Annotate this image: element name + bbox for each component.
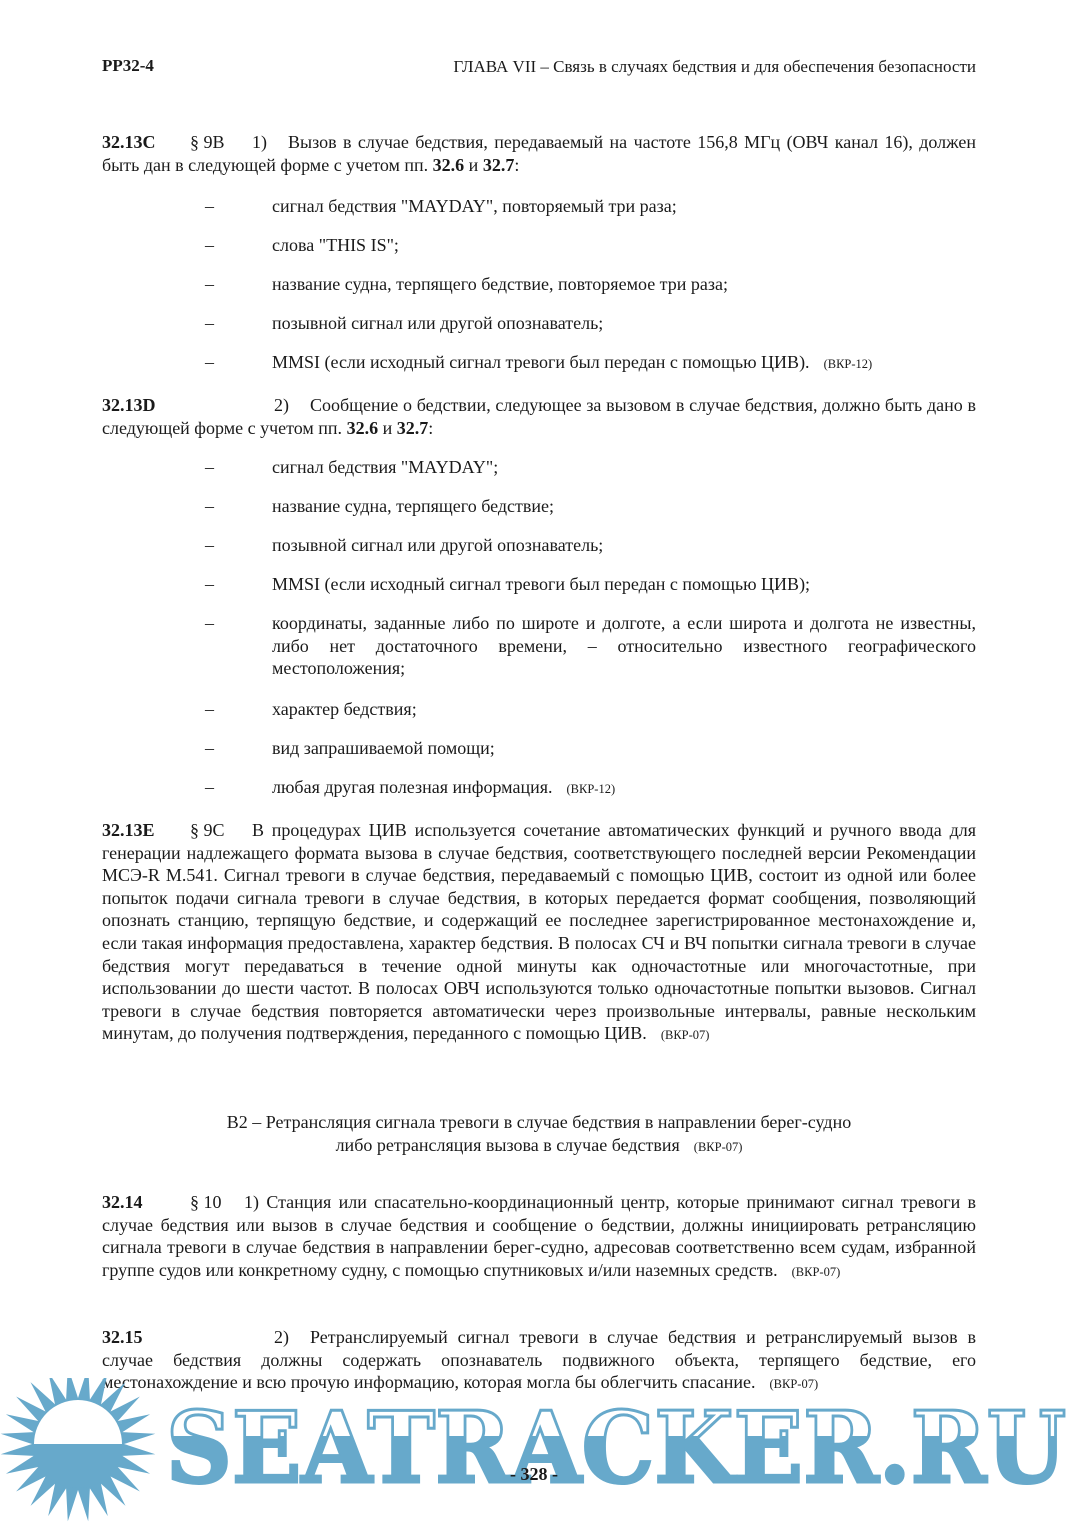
list-item-text: позывной сигнал или другой опознаватель; [272, 534, 976, 557]
provision-32-13c: 32.13C§ 9B1)Вызов в случае бедствия, пер… [102, 131, 976, 176]
list-item-text: MMSI (если исходный сигнал тревоги был п… [272, 352, 810, 372]
provision-label: 32.14 [102, 1191, 190, 1214]
provision-label: 32.13D [102, 394, 190, 417]
provision-text: Сообщение о бедствии, следующее за вызов… [102, 395, 976, 438]
dash-bullet: – [205, 495, 214, 518]
dash-bullet: – [205, 312, 214, 335]
svg-text:SEATRACKER.RU: SEATRACKER.RU [166, 1391, 1066, 1506]
item-number: 2) [274, 1326, 310, 1349]
list-item: –координаты, заданные либо по широте и д… [205, 612, 976, 680]
heading-line-2: либо ретрансляция вызова в случае бедств… [336, 1135, 680, 1155]
punct: : [514, 155, 519, 175]
svg-text:SEATRACKER.RU: SEATRACKER.RU [166, 1391, 1066, 1506]
list-item: –MMSI (если исходный сигнал тревоги был … [205, 573, 976, 596]
provision-text: В процедурах ЦИВ используется сочетание … [102, 820, 976, 1043]
revision-tag: (ВКР-12) [567, 782, 616, 796]
provision-label: 32.13C [102, 131, 190, 154]
item-number: 1) [252, 131, 288, 154]
list-item-text: слова "THIS IS"; [272, 234, 976, 257]
dash-bullet: – [205, 351, 214, 374]
revision-tag: (ВКР-07) [694, 1140, 743, 1154]
chapter-title: ГЛАВА VII – Связь в случаях бедствия и д… [453, 57, 976, 77]
punct: : [428, 418, 433, 438]
section-ref: § 9C [190, 819, 252, 842]
section-heading-b2: B2 – Ретрансляция сигнала тревоги в случ… [102, 1111, 976, 1158]
list-item-text: название судна, терпящего бедствие; [272, 495, 976, 518]
list-item-text: характер бедствия; [272, 698, 976, 721]
dash-bullet: – [205, 698, 214, 721]
dash-bullet: – [205, 534, 214, 557]
list-item-text: позывной сигнал или другой опознаватель; [272, 312, 976, 335]
page-number: - 328 - [510, 1464, 558, 1485]
dash-bullet: – [205, 737, 214, 760]
dash-bullet: – [205, 612, 214, 635]
dash-bullet: – [205, 273, 214, 296]
dash-bullet: – [205, 234, 214, 257]
cross-ref: 32.7 [483, 155, 515, 175]
revision-tag: (ВКР-07) [770, 1377, 819, 1391]
dash-bullet: – [205, 573, 214, 596]
list-item-text: название судна, терпящего бедствие, повт… [272, 273, 976, 296]
provision-text: Ретранслируемый сигнал тревоги в случае … [102, 1327, 976, 1392]
dash-bullet: – [205, 195, 214, 218]
list-item: –сигнал бедствия "MAYDAY"; [205, 456, 976, 479]
dash-bullet: – [205, 456, 214, 479]
list-item: –позывной сигнал или другой опознаватель… [205, 534, 976, 557]
list-item: –позывной сигнал или другой опознаватель… [205, 312, 976, 335]
provision-32-14: 32.14§ 101) Станция или спасательно-коор… [102, 1191, 976, 1283]
list-item-text: MMSI (если исходный сигнал тревоги был п… [272, 573, 976, 596]
item-number: 2) [274, 394, 310, 417]
section-ref: § 10 [190, 1191, 244, 1214]
list-item: –любая другая полезная информация.(ВКР-1… [205, 776, 976, 801]
revision-tag: (ВКР-07) [792, 1265, 841, 1279]
provision-32-13d: 32.13D2)Сообщение о бедствии, следующее … [102, 394, 976, 439]
list-item: –характер бедствия; [205, 698, 976, 721]
conjunction: и [464, 155, 483, 175]
list-item: –MMSI (если исходный сигнал тревоги был … [205, 351, 976, 376]
cross-ref: 32.6 [433, 155, 465, 175]
list-item: –слова "THIS IS"; [205, 234, 976, 257]
watermark-text: SEATRACKER.RU SEATRACKER.RU [166, 1391, 1066, 1506]
document-code: PP32-4 [102, 56, 154, 76]
item-number: 1) [244, 1192, 259, 1212]
list-item-text: сигнал бедствия "MAYDAY", повторяемый тр… [272, 195, 976, 218]
provision-label: 32.13E [102, 819, 190, 842]
watermark: SEATRACKER.RU SEATRACKER.RU [0, 1378, 1080, 1530]
provision-32-13e: 32.13E§ 9CВ процедурах ЦИВ используется … [102, 819, 976, 1047]
list-item-text: координаты, заданные либо по широте и до… [272, 612, 976, 680]
list-item-text: сигнал бедствия "MAYDAY"; [272, 456, 976, 479]
cross-ref: 32.6 [347, 418, 379, 438]
list-item: –вид запрашиваемой помощи; [205, 737, 976, 760]
provision-label: 32.15 [102, 1326, 190, 1349]
list-item: –название судна, терпящего бедствие; [205, 495, 976, 518]
list-item-text: вид запрашиваемой помощи; [272, 737, 976, 760]
heading-line-1: B2 – Ретрансляция сигнала тревоги в случ… [102, 1111, 976, 1134]
section-ref: § 9B [190, 131, 252, 154]
list-item: –сигнал бедствия "MAYDAY", повторяемый т… [205, 195, 976, 218]
conjunction: и [378, 418, 397, 438]
list-item-text: любая другая полезная информация. [272, 777, 553, 797]
cross-ref: 32.7 [397, 418, 429, 438]
dash-bullet: – [205, 776, 214, 799]
provision-32-15: 32.152)Ретранслируемый сигнал тревоги в … [102, 1326, 976, 1396]
revision-tag: (ВКР-07) [661, 1028, 710, 1042]
sun-over-sea-icon [1, 1378, 156, 1521]
list-item: –название судна, терпящего бедствие, пов… [205, 273, 976, 296]
revision-tag: (ВКР-12) [824, 357, 873, 371]
